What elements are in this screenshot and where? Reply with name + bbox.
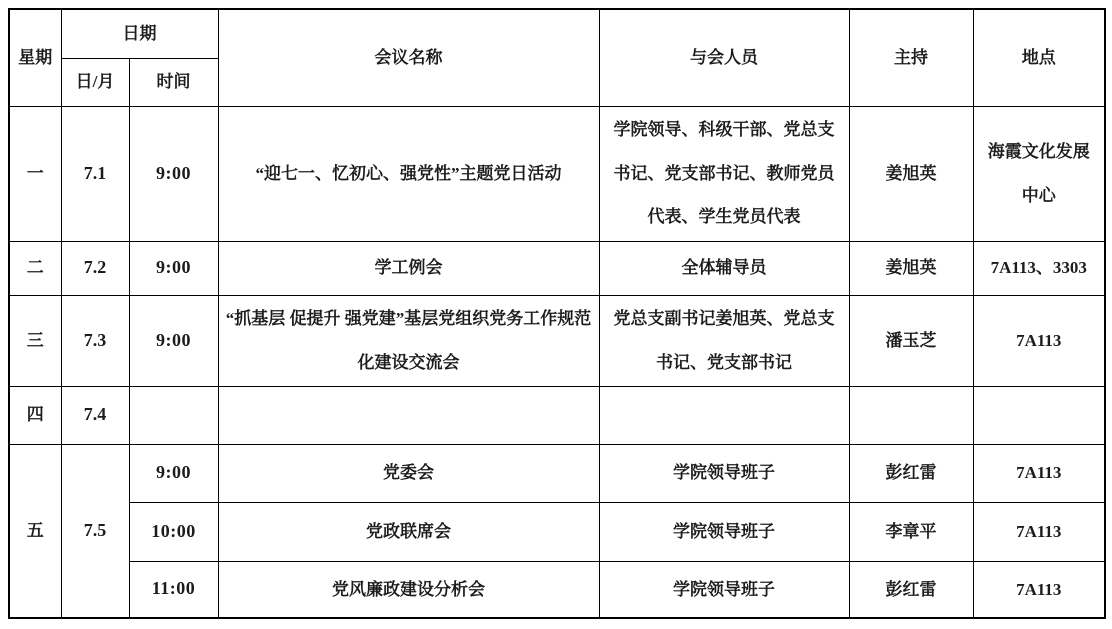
cell-host: 彭红雷 xyxy=(849,444,973,502)
cell-attendees xyxy=(599,386,849,444)
cell-host: 姜旭英 xyxy=(849,106,973,241)
cell-attendees: 学院领导班子 xyxy=(599,561,849,618)
cell-meeting-name xyxy=(218,386,599,444)
header-date-group: 日期 xyxy=(61,9,218,58)
header-time: 时间 xyxy=(129,58,218,106)
cell-host: 彭红雷 xyxy=(849,561,973,618)
cell-location: 7A113 xyxy=(973,502,1105,561)
header-meeting-name: 会议名称 xyxy=(218,9,599,106)
cell-weekday: 三 xyxy=(9,295,61,386)
cell-meeting-name: “迎七一、忆初心、强党性”主题党日活动 xyxy=(218,106,599,241)
header-weekday: 星期 xyxy=(9,9,61,106)
cell-date: 7.5 xyxy=(61,444,129,618)
cell-time: 9:00 xyxy=(129,241,218,295)
cell-location xyxy=(973,386,1105,444)
cell-meeting-name: 党委会 xyxy=(218,444,599,502)
cell-location: 7A113、3303 xyxy=(973,241,1105,295)
cell-attendees: 学院领导班子 xyxy=(599,502,849,561)
cell-meeting-name: 党政联席会 xyxy=(218,502,599,561)
cell-meeting-name: 党风廉政建设分析会 xyxy=(218,561,599,618)
cell-time: 11:00 xyxy=(129,561,218,618)
cell-time: 9:00 xyxy=(129,295,218,386)
header-host: 主持 xyxy=(849,9,973,106)
cell-location: 7A113 xyxy=(973,444,1105,502)
cell-attendees: 学院领导班子 xyxy=(599,444,849,502)
table-row: 三 7.3 9:00 “抓基层 促提升 强党建”基层党组织党务工作规范化建设交流… xyxy=(9,295,1105,386)
cell-date: 7.4 xyxy=(61,386,129,444)
cell-location: 7A113 xyxy=(973,295,1105,386)
cell-weekday: 二 xyxy=(9,241,61,295)
header-location: 地点 xyxy=(973,9,1105,106)
cell-attendees: 党总支副书记姜旭英、党总支书记、党支部书记 xyxy=(599,295,849,386)
cell-meeting-name: “抓基层 促提升 强党建”基层党组织党务工作规范化建设交流会 xyxy=(218,295,599,386)
cell-time: 10:00 xyxy=(129,502,218,561)
cell-weekday: 四 xyxy=(9,386,61,444)
table-row: 二 7.2 9:00 学工例会 全体辅导员 姜旭英 7A113、3303 xyxy=(9,241,1105,295)
table-row: 四 7.4 xyxy=(9,386,1105,444)
cell-date: 7.1 xyxy=(61,106,129,241)
cell-date: 7.2 xyxy=(61,241,129,295)
cell-attendees: 学院领导、科级干部、党总支书记、党支部书记、教师党员代表、学生党员代表 xyxy=(599,106,849,241)
cell-location: 7A113 xyxy=(973,561,1105,618)
cell-host: 姜旭英 xyxy=(849,241,973,295)
cell-weekday: 五 xyxy=(9,444,61,618)
header-day-month: 日/月 xyxy=(61,58,129,106)
cell-weekday: 一 xyxy=(9,106,61,241)
table-row: 11:00 党风廉政建设分析会 学院领导班子 彭红雷 7A113 xyxy=(9,561,1105,618)
cell-host: 潘玉芝 xyxy=(849,295,973,386)
cell-host: 李章平 xyxy=(849,502,973,561)
cell-time: 9:00 xyxy=(129,106,218,241)
cell-meeting-name: 学工例会 xyxy=(218,241,599,295)
cell-host xyxy=(849,386,973,444)
cell-time xyxy=(129,386,218,444)
cell-time: 9:00 xyxy=(129,444,218,502)
table-row: 10:00 党政联席会 学院领导班子 李章平 7A113 xyxy=(9,502,1105,561)
header-attendees: 与会人员 xyxy=(599,9,849,106)
cell-date: 7.3 xyxy=(61,295,129,386)
meeting-schedule-table: 星期 日期 会议名称 与会人员 主持 地点 日/月 时间 一 7.1 9:00 … xyxy=(8,8,1106,619)
cell-attendees: 全体辅导员 xyxy=(599,241,849,295)
cell-location: 海霞文化发展中心 xyxy=(973,106,1105,241)
table-row: 一 7.1 9:00 “迎七一、忆初心、强党性”主题党日活动 学院领导、科级干部… xyxy=(9,106,1105,241)
table-row: 五 7.5 9:00 党委会 学院领导班子 彭红雷 7A113 xyxy=(9,444,1105,502)
